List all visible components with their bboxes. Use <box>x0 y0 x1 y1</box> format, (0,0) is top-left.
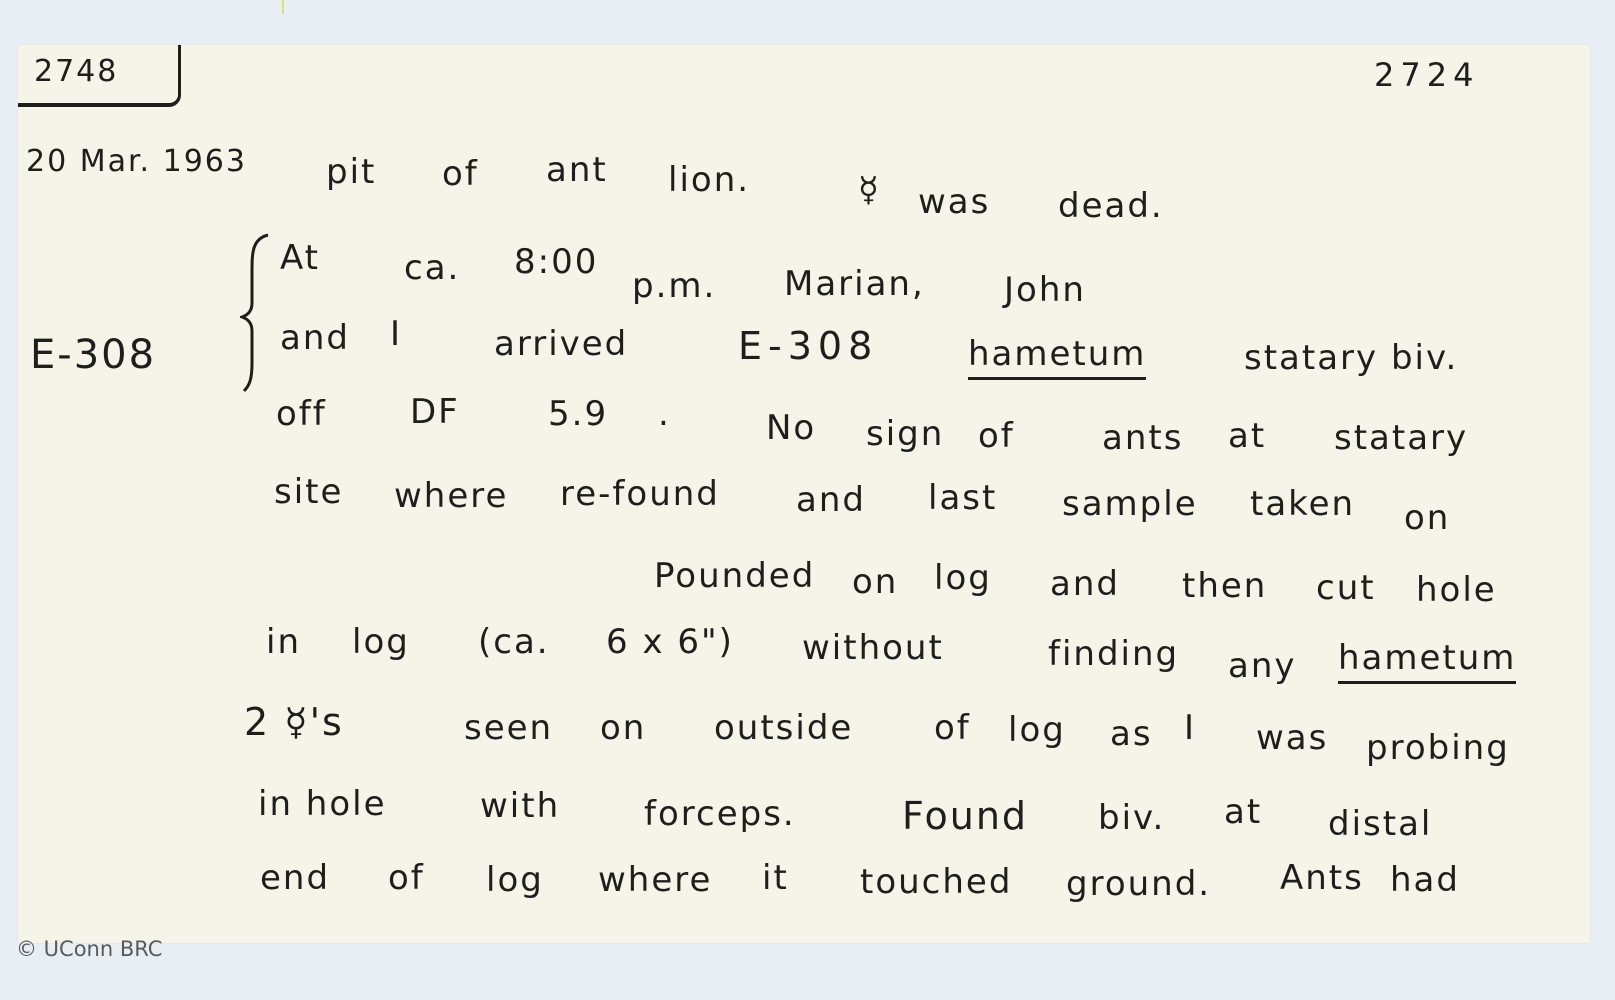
word: ca. <box>404 251 460 285</box>
word: where <box>598 863 712 897</box>
word: probing <box>1366 731 1510 765</box>
margin-label: E-308 <box>30 335 156 375</box>
word: seen <box>464 711 553 745</box>
word: finding <box>1048 637 1179 671</box>
word: I <box>390 317 402 351</box>
word: outside <box>714 711 853 745</box>
word: forceps. <box>644 797 796 831</box>
word: then <box>1182 569 1267 603</box>
word: . <box>658 397 671 431</box>
word: where <box>394 479 508 513</box>
word: log <box>934 561 992 595</box>
curly-brace-icon <box>240 233 270 393</box>
word: Found <box>902 797 1028 835</box>
word: at <box>1224 795 1262 829</box>
word: re-found <box>560 477 720 511</box>
word: sign <box>866 417 944 451</box>
word: of <box>442 157 479 191</box>
word: log <box>352 625 410 659</box>
word: (ca. <box>478 625 550 659</box>
species-name-underlined: hametum <box>968 337 1146 380</box>
scan-speck <box>282 0 284 14</box>
word: log <box>1008 713 1066 747</box>
word: on <box>1404 501 1450 535</box>
word: Ants <box>1280 861 1364 895</box>
species-name-underlined: hametum <box>1338 641 1516 684</box>
document-viewer: 2748 2724 20 Mar. 1963 pit of ant lion. … <box>0 0 1615 1000</box>
word: site <box>274 475 343 509</box>
word: 6 x 6") <box>606 625 734 659</box>
word: 5.9 <box>548 397 608 431</box>
word: at <box>1228 419 1266 453</box>
word: log <box>486 863 544 897</box>
word: ground. <box>1066 867 1211 901</box>
word: Pounded <box>654 559 815 593</box>
word: and <box>796 483 866 517</box>
word: had <box>1390 863 1460 897</box>
word: was <box>918 185 990 219</box>
word: pit <box>326 155 376 189</box>
word: of <box>934 711 971 745</box>
word: ant <box>546 153 608 187</box>
word: lion. <box>668 163 750 197</box>
word: of <box>978 419 1015 453</box>
word: statary <box>1334 421 1468 455</box>
word: sample <box>1062 487 1198 521</box>
word: without <box>802 631 944 665</box>
word: taken <box>1250 487 1355 521</box>
word: with <box>480 789 560 823</box>
date: 20 Mar. 1963 <box>26 147 247 177</box>
word: as <box>1110 717 1153 751</box>
word: and <box>280 321 350 355</box>
word: last <box>928 481 997 515</box>
word: Marian, <box>784 267 925 301</box>
index-card: 2748 2724 20 Mar. 1963 pit of ant lion. … <box>18 45 1590 943</box>
word: off <box>276 397 327 431</box>
word: dead. <box>1058 189 1164 223</box>
word: p.m. <box>632 269 716 303</box>
word: I <box>1184 711 1196 745</box>
word: on <box>600 711 646 745</box>
word: touched <box>860 865 1012 899</box>
word: John <box>1004 273 1086 307</box>
copyright-notice: © UConn BRC <box>16 937 162 961</box>
word: arrived <box>494 327 628 361</box>
word: cut <box>1316 571 1376 605</box>
word: statary biv. <box>1244 341 1458 375</box>
word: 2 ☿'s <box>244 703 344 741</box>
word: of <box>388 861 425 895</box>
word: No <box>766 411 816 445</box>
word: 8:00 <box>514 245 598 279</box>
word: and <box>1050 567 1120 601</box>
word: on <box>852 565 898 599</box>
word: was <box>1256 721 1328 755</box>
word: any <box>1228 649 1297 683</box>
catalog-number-left: 2748 <box>34 57 118 87</box>
word: distal <box>1328 807 1432 841</box>
word: At <box>280 241 320 275</box>
word: E-308 <box>738 327 878 365</box>
catalog-number-right: 2724 <box>1374 59 1479 91</box>
word: DF <box>410 395 460 429</box>
word: end <box>260 861 330 895</box>
word: ants <box>1102 421 1183 455</box>
word: in <box>266 625 301 659</box>
word: biv. <box>1098 801 1165 835</box>
worker-symbol: ☿ <box>858 173 881 207</box>
word: in hole <box>258 787 387 821</box>
word: hole <box>1416 573 1497 607</box>
word: it <box>762 861 789 895</box>
